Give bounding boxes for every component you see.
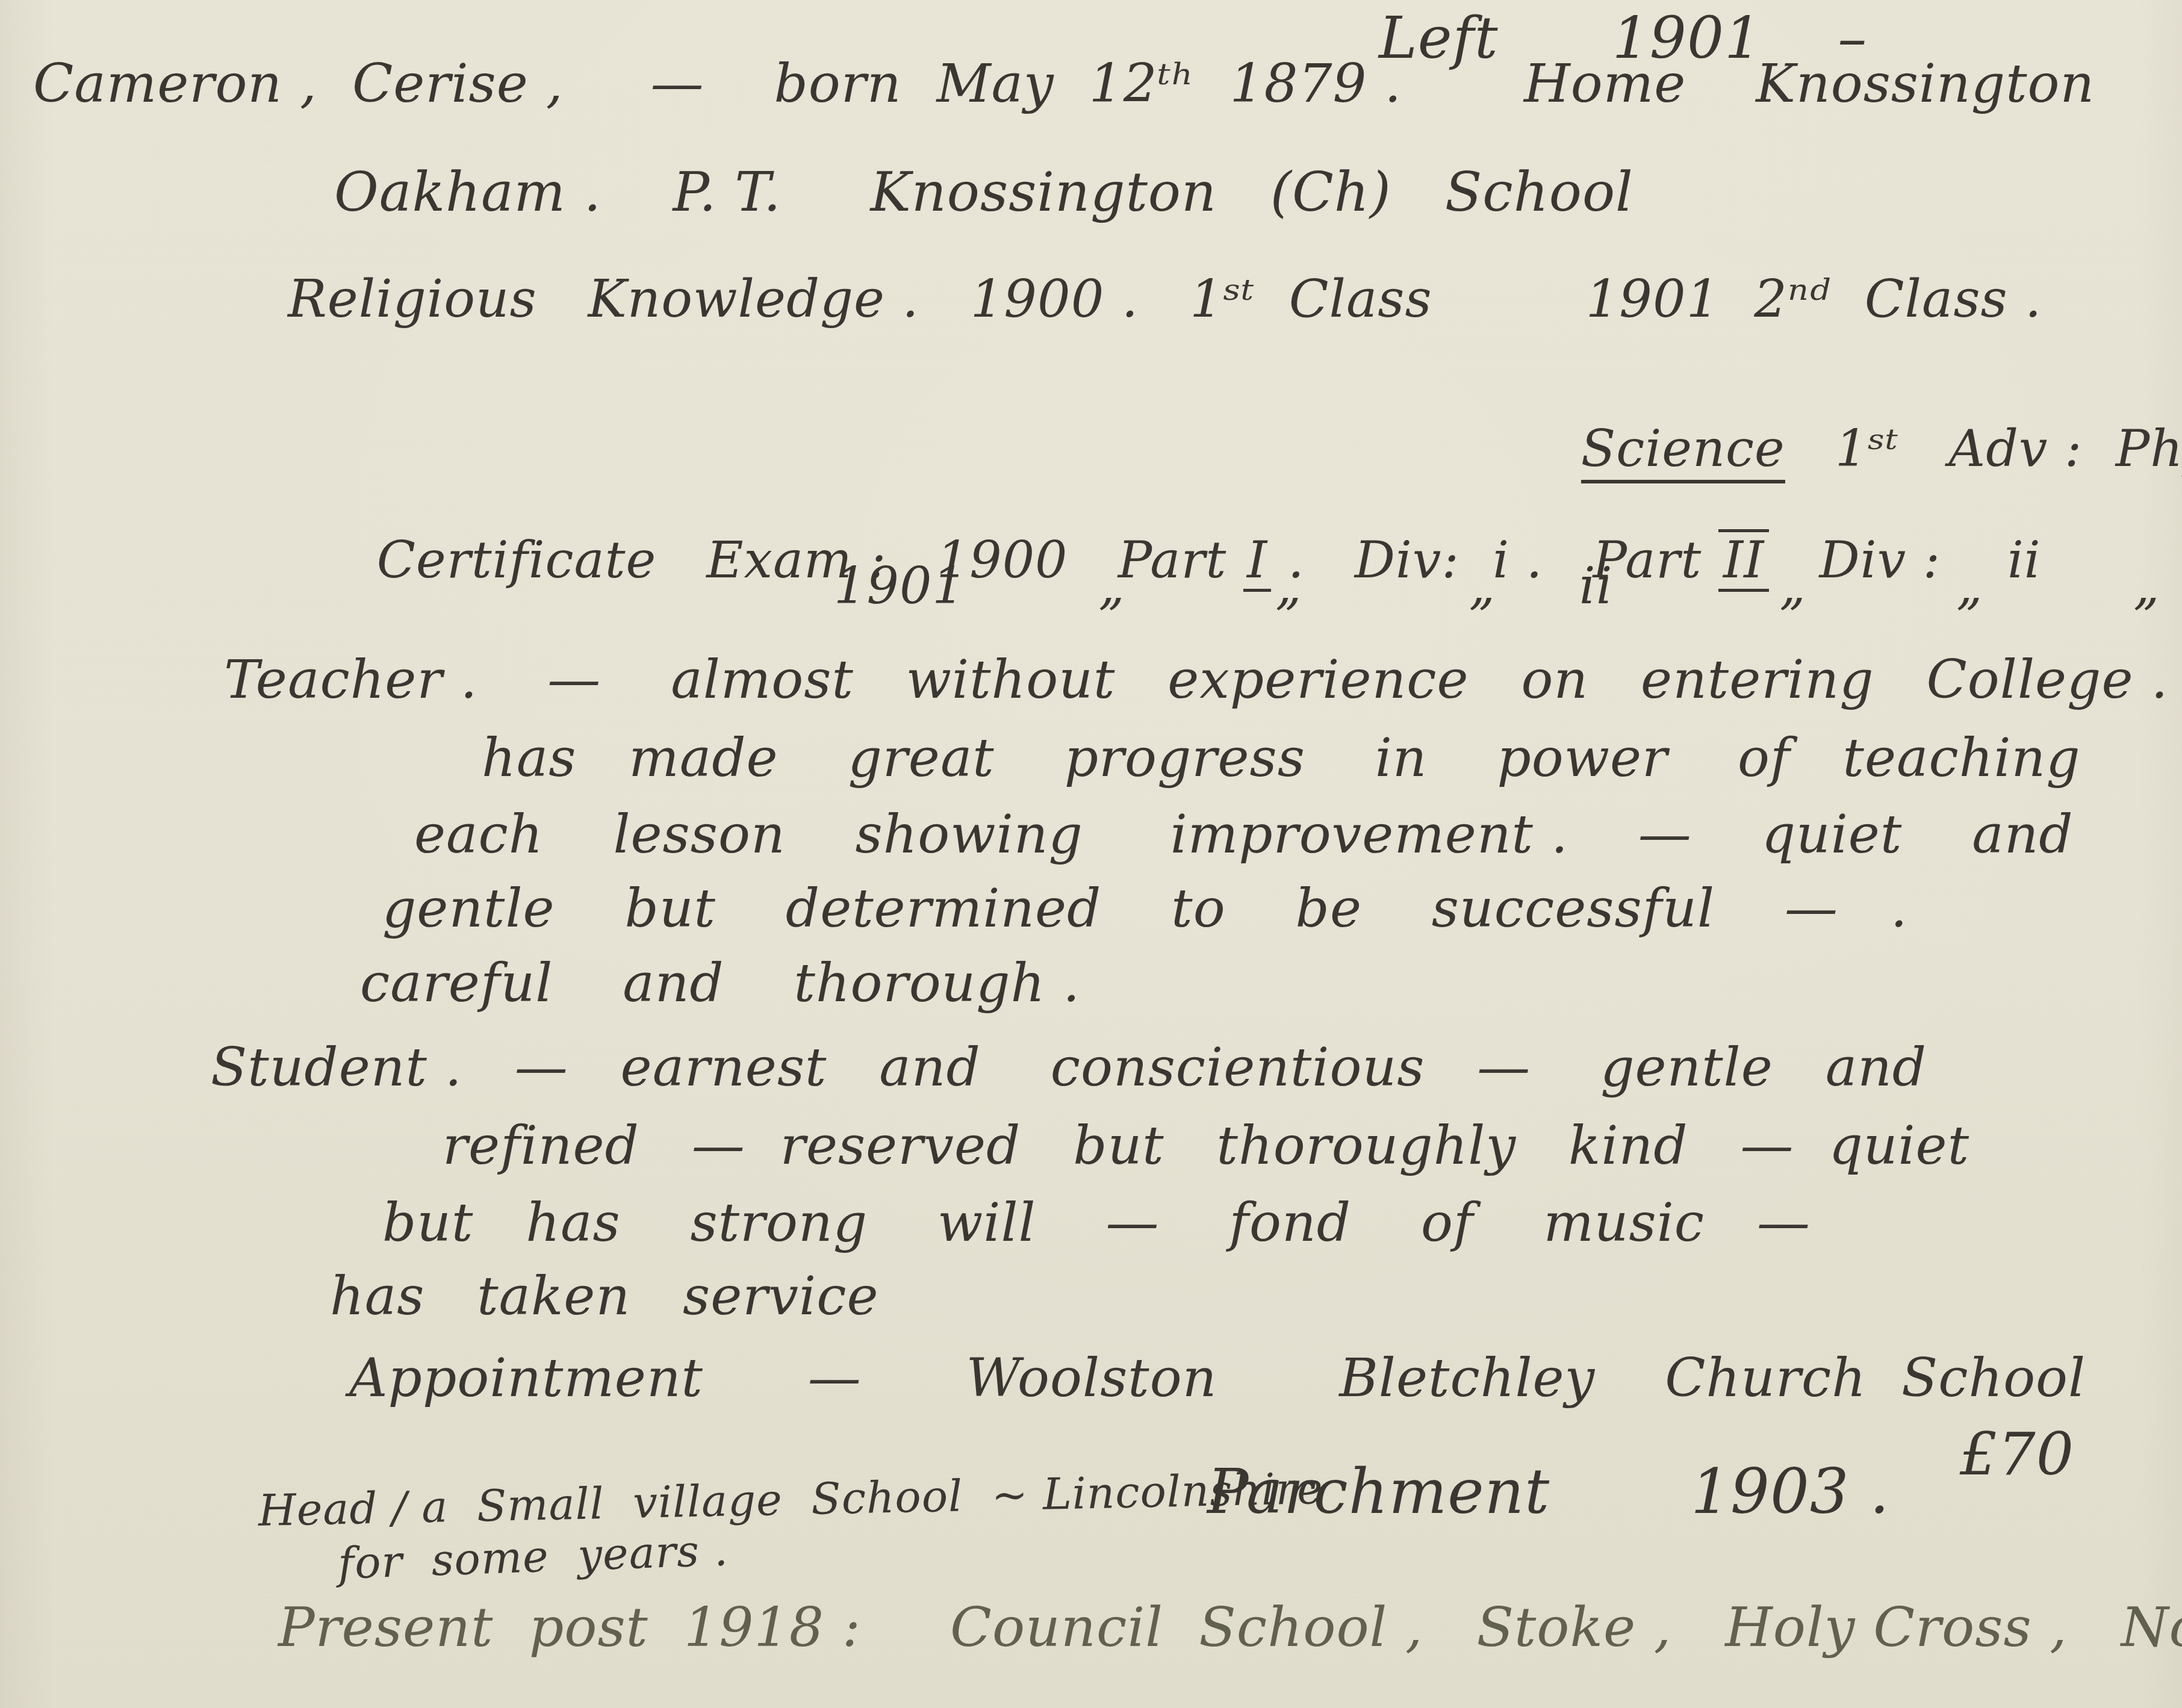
teacher-note-line-5: careful and thorough . (360, 952, 1080, 1013)
appointment-line: Appointment — Woolston Bletchley Church … (349, 1347, 2086, 1408)
head-of-school-note-line-2: for some years . (337, 1525, 729, 1588)
certificate-1901-ditto-line: 1901 „ „ „ ii „ „ „ ii (834, 557, 2182, 615)
parchment-note: Parchment 1903 . (1207, 1457, 1890, 1527)
teacher-note-line-4: gentle but determined to be successful —… (382, 878, 1908, 939)
teacher-note-line-2: has made great progress in power of teac… (482, 727, 2081, 788)
student-note-line-3: but has strong will — fond of music — (382, 1192, 1811, 1253)
appointment-salary: £70 (1960, 1421, 2074, 1489)
home-continued-line: Oakham . P. T. Knossington (Ch) School (334, 161, 1633, 224)
student-note-line-4: has taken service (330, 1265, 879, 1326)
head-of-school-note-line-1: Head / a Small village School ~ Lincolns… (258, 1464, 1323, 1536)
student-note-line-1: Student . — earnest and conscientious — … (211, 1037, 1927, 1098)
science-result: 1ˢᵗ Adv : Physiography (1785, 419, 2182, 478)
name-birth-home-line: Cameron , Cerise , — born May 12ᵗʰ 1879 … (33, 53, 2095, 114)
religious-knowledge-line: Religious Knowledge . 1900 . 1ˢᵗ Class 1… (288, 270, 2042, 329)
teacher-note-line-1: Teacher . — almost without experience on… (224, 649, 2168, 710)
present-post-note: Present post 1918 : Council School , Sto… (278, 1597, 2182, 1659)
teacher-note-line-3: each lesson showing improvement . — quie… (414, 804, 2074, 865)
student-note-line-2: refined — reserved but thoroughly kind —… (443, 1115, 1969, 1176)
document-page: Left 1901 – Cameron , Cerise , — born Ma… (0, 0, 2182, 1708)
